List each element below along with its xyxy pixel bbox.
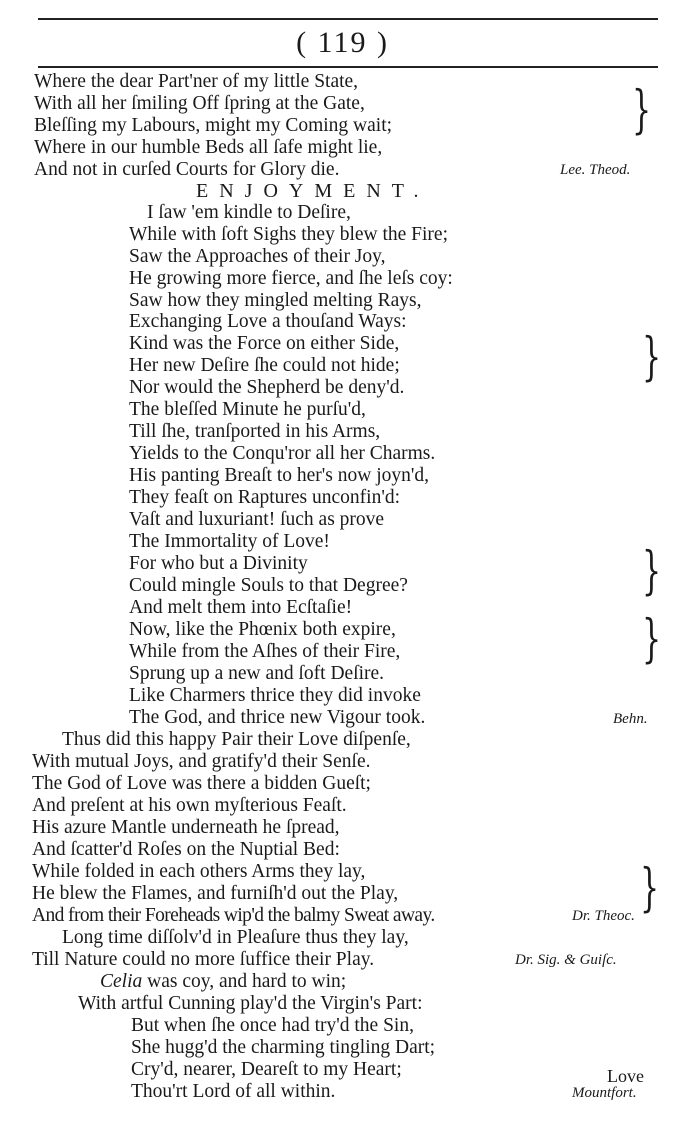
verse-line: He growing more fierce, and ſhe leſs coy…: [129, 268, 453, 290]
verse-line: And not in curſed Courts for Glory die.: [34, 159, 339, 181]
verse-line: Till ſhe, tranſported in his Arms,: [129, 421, 380, 443]
catchword: Love: [607, 1066, 644, 1087]
verse-line: Where in our humble Beds all ſafe might …: [34, 137, 382, 159]
verse-line: He blew the Flames, and furniſh'd out th…: [32, 883, 398, 905]
verse-line: The Immortality of Love!: [129, 531, 330, 553]
verse-line: And preſent at his own myſterious Feaſt.: [32, 795, 347, 817]
attribution: Mountfort.: [572, 1085, 637, 1102]
verse-line-rest: was coy, and hard to win;: [142, 971, 346, 992]
triplet-brace: }: [632, 86, 651, 137]
triplet-brace: }: [642, 615, 661, 666]
verse-line: Where the dear Part'ner of my little Sta…: [34, 71, 358, 93]
attribution: Dr. Sig. & Guiſc.: [515, 952, 617, 969]
verse-line: For who but a Divinity: [129, 553, 308, 575]
verse-line: Exchanging Love a thouſand Ways:: [129, 311, 407, 333]
verse-line: But when ſhe once had try'd the Sin,: [131, 1015, 414, 1037]
verse-line: Thus did this happy Pair their Love diſp…: [62, 729, 411, 751]
page-number: ( 119 ): [0, 26, 685, 60]
verse-line: His azure Mantle underneath he ſpread,: [32, 817, 340, 839]
verse-line: With mutual Joys, and gratify'd their Se…: [32, 751, 371, 773]
triplet-brace: }: [640, 864, 659, 915]
verse-line: Till Nature could no more ſuffice their …: [32, 949, 374, 971]
verse-line: The God, and thrice new Vigour took.: [129, 707, 425, 729]
verse-line: Vaſt and luxuriant! ſuch as prove: [129, 509, 384, 531]
verse-line: His panting Breaſt to her's now joyn'd,: [129, 465, 429, 487]
verse-line: Thou'rt Lord of all within.: [131, 1081, 335, 1103]
attribution: Behn.: [613, 711, 648, 728]
header-rule: [38, 66, 658, 68]
verse-line: I ſaw 'em kindle to Deſire,: [147, 202, 351, 224]
verse-line: Bleſſing my Labours, might my Coming wai…: [34, 115, 392, 137]
verse-line: They feaſt on Raptures unconfin'd:: [129, 487, 400, 509]
verse-line: Kind was the Force on either Side,: [129, 333, 399, 355]
celia-name: Celia: [100, 971, 142, 992]
verse-line: While folded in each others Arms they la…: [32, 861, 365, 883]
verse-line: Sprung up a new and ſoft Deſire.: [129, 663, 384, 685]
verse-line: And ſcatter'd Roſes on the Nuptial Bed:: [32, 839, 340, 861]
verse-line: Like Charmers thrice they did invoke: [129, 685, 421, 707]
verse-line: Long time diſſolv'd in Pleaſure thus the…: [62, 927, 409, 949]
poem-title: ENJOYMENT.: [196, 180, 430, 203]
verse-line: Yields to the Conqu'ror all her Charms.: [129, 443, 435, 465]
triplet-brace: }: [642, 333, 661, 384]
attribution: Lee. Theod.: [560, 162, 630, 179]
triplet-brace: }: [642, 547, 661, 598]
verse-line: And from their Foreheads wip'd the balmy…: [32, 905, 435, 927]
verse-line: And melt them into Ecſtaſie!: [129, 597, 352, 619]
verse-line: The bleſſed Minute he purſu'd,: [129, 399, 366, 421]
verse-line: With artful Cunning play'd the Virgin's …: [78, 993, 423, 1015]
verse-line: She hugg'd the charming tingling Dart;: [131, 1037, 435, 1059]
verse-line: Her new Deſire ſhe could not hide;: [129, 355, 400, 377]
verse-line: While from the Aſhes of their Fire,: [129, 641, 400, 663]
attribution: Dr. Theoc.: [572, 908, 635, 925]
verse-line: Cry'd, nearer, Deareſt to my Heart;: [131, 1059, 402, 1081]
verse-line: Now, like the Phœnix both expire,: [129, 619, 396, 641]
verse-line: The God of Love was there a bidden Gueſt…: [32, 773, 371, 795]
verse-line: Could mingle Souls to that Degree?: [129, 575, 408, 597]
verse-line: Saw how they mingled melting Rays,: [129, 290, 421, 312]
verse-line: Celia was coy, and hard to win;: [100, 971, 346, 993]
top-rule: [38, 18, 658, 20]
verse-line: Saw the Approaches of their Joy,: [129, 246, 386, 268]
verse-line: Nor would the Shepherd be deny'd.: [129, 377, 404, 399]
verse-line: While with ſoft Sighs they blew the Fire…: [129, 224, 448, 246]
verse-line: With all her ſmiling Off ſpring at the G…: [34, 93, 365, 115]
